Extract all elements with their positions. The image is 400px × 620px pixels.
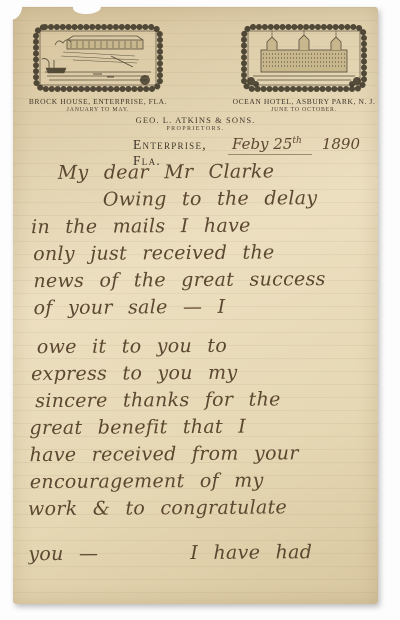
letter-body: My dear Mr Clarke Owing to the delay in …	[12, 158, 374, 568]
handwritten-line: news of the great success	[33, 266, 371, 295]
handwritten-year: 1890	[322, 135, 360, 153]
handwritten-line: express to you my	[31, 359, 372, 388]
handwritten-line: you — I have had	[28, 539, 373, 568]
left-vignette-subcaption: JANUARY TO MAY.	[19, 107, 177, 113]
handwritten-line: great benefit that I	[29, 413, 372, 442]
handwritten-line: sincere thanks for the	[35, 386, 372, 415]
handwritten-line: My dear Mr Clarke	[58, 158, 371, 187]
handwritten-line: only just received the	[33, 239, 371, 268]
handwritten-line: in the mails I have	[31, 212, 371, 241]
paper-tear-notch	[73, 5, 101, 15]
firm-subtitle: PROPRIETORS.	[13, 126, 378, 132]
right-vignette-caption: OCEAN HOTEL, ASBURY PARK, N. J.	[225, 97, 383, 106]
handwritten-line: of your sale — I	[34, 293, 372, 322]
right-vignette-subcaption: JUNE TO OCTOBER.	[225, 107, 383, 113]
ocean-hotel-vignette: OCEAN HOTEL, ASBURY PARK, N. J. JUNE TO …	[225, 21, 383, 113]
firm-block: GEO. L. ATKINS & SONS. PROPRIETORS.	[13, 115, 378, 132]
brock-house-vignette: BROCK HOUSE, ENTERPRISE, FLA. JANUARY TO…	[19, 21, 177, 113]
paper-corner-chip	[10, 4, 23, 21]
handwritten-date: Feby 25th	[228, 135, 312, 155]
handwritten-line: have received from your	[30, 440, 373, 469]
ocean-hotel-engraving-icon	[237, 21, 371, 95]
handwritten-line: encouragement of my	[30, 467, 373, 496]
handwritten-line: owe it to you to	[37, 332, 372, 361]
brock-house-engraving-icon	[29, 21, 167, 95]
firm-name: GEO. L. ATKINS & SONS.	[13, 115, 378, 125]
letter-paper: BROCK HOUSE, ENTERPRISE, FLA. JANUARY TO…	[13, 7, 378, 604]
handwritten-line: Owing to the delay	[103, 185, 371, 214]
left-vignette-caption: BROCK HOUSE, ENTERPRISE, FLA.	[19, 97, 177, 106]
handwritten-line: work & to congratulate	[28, 494, 373, 523]
